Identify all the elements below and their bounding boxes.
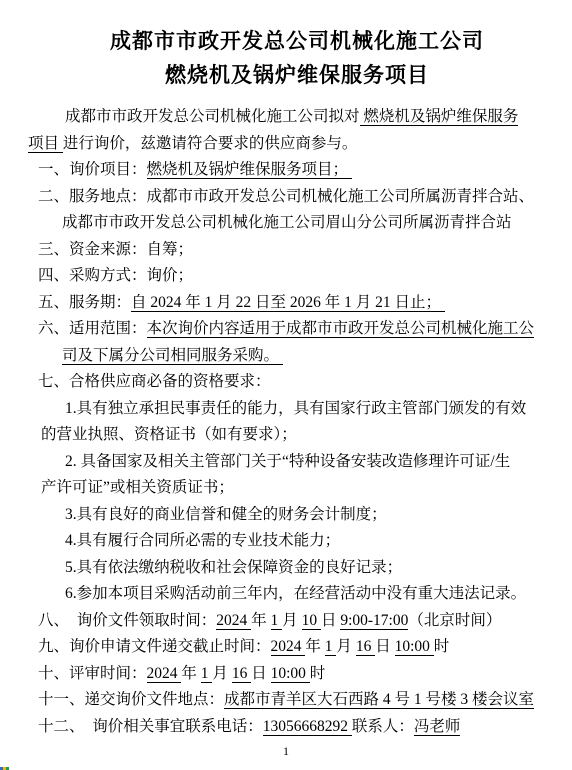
underlined-text-segment: 2024: [147, 665, 182, 683]
document-content: 成都市市政开发总公司机械化施工公司 燃烧机及锅炉维保服务项目 成都市市政开发总公…: [0, 0, 572, 740]
underlined-text-segment: 1: [201, 665, 213, 683]
text-line: 十一、递交询价文件地点：成都市青羊区大石西路 4 号 1 号楼 3 楼会议室: [28, 687, 566, 714]
underlined-text-segment: 1: [325, 638, 337, 656]
underlined-text-segment: 冯老师: [414, 718, 461, 736]
text-segment: 时: [434, 638, 450, 655]
text-segment: 年: [251, 612, 270, 629]
text-line: 一、询价项目：燃烧机及锅炉维保服务项目；: [28, 157, 566, 184]
text-segment: 采购方式：询价；: [69, 267, 193, 284]
text-segment: 年: [181, 665, 200, 682]
underlined-text-segment: 2024: [271, 638, 306, 656]
underlined-text-segment: 成都市青羊区大石西路 4 号 1 号楼 3 楼会议室: [224, 691, 534, 709]
text-line: 3.具有良好的商业信誉和健全的财务会计制度；: [28, 502, 566, 529]
text-segment: 联系人：: [352, 718, 414, 735]
text-segment: 询价申请文件递交截止时间：: [69, 638, 271, 655]
text-segment: 成都市市政开发总公司机械化施工公司眉山分公司所属沥青拌合站: [62, 214, 512, 231]
text-line: 十、评审时间：2024 年 1 月 16 日 10:00 时: [28, 661, 566, 688]
text-line: 成都市市政开发总公司机械化施工公司眉山分公司所属沥青拌合站: [28, 210, 566, 237]
underlined-text-segment: 13056668292: [263, 718, 352, 736]
text-segment: 递交询价文件地点：: [85, 691, 225, 708]
item-number: 八、: [38, 612, 61, 629]
underlined-text-segment: 项目: [28, 135, 63, 153]
text-line: 七、合格供应商必备的资格要求：: [28, 369, 566, 396]
text-line: 六、适用范围：本次询价内容适用于成都市市政开发总公司机械化施工公: [28, 316, 566, 343]
underlined-text-segment: 自 2024 年 1 月 22 日至 2026 年 1 月 21 日止；: [131, 294, 445, 312]
text-line: 6.参加本项目采购活动前三年内，在经营活动中没有重大违法记录。: [28, 581, 566, 608]
underlined-text-segment: 燃烧机及锅炉维保服务项目；: [147, 161, 352, 179]
underlined-text-segment: 10: [302, 612, 321, 630]
underlined-text-segment: 16: [356, 638, 375, 656]
text-line: 的营业执照、资格证书（如有要求）；: [28, 422, 566, 449]
item-number: 二、: [38, 188, 69, 205]
text-segment: 评审时间：: [69, 665, 147, 682]
text-line: 四、采购方式：询价；: [28, 263, 566, 290]
text-segment: 3.具有良好的商业信誉和健全的财务会计制度；: [65, 506, 387, 523]
text-segment: （北京时间）: [408, 612, 501, 629]
underlined-text-segment: 2024: [216, 612, 251, 630]
text-segment: 月: [336, 638, 355, 655]
text-segment: 2. 具备国家及相关主管部门关于“特种设备安装改造修理许可证/生: [65, 453, 510, 470]
underlined-text-segment: 司及下属分公司相同服务采购。: [62, 347, 283, 365]
text-line: 4.具有履行合同所必需的专业技术能力；: [28, 528, 566, 555]
underlined-text-segment: 10:00: [395, 638, 434, 656]
text-segment: 6.参加本项目采购活动前三年内，在经营活动中没有重大违法记录。: [65, 585, 526, 602]
text-segment: 成都市市政开发总公司机械化施工公司拟对: [65, 108, 360, 125]
text-line: 5.具有依法缴纳税收和社会保障资金的良好记录；: [28, 555, 566, 582]
text-segment: 日: [251, 665, 270, 682]
item-number: 七、: [38, 373, 69, 390]
text-segment: 服务期：: [69, 294, 131, 311]
document-page: { "page": { "background": "#ffffff", "te…: [0, 0, 572, 770]
underlined-text-segment: 本次询价内容适用于成都市市政开发总公司机械化施工公: [147, 320, 535, 338]
document-title-line1: 成都市市政开发总公司机械化施工公司: [28, 24, 566, 58]
text-line: 八、 询价文件领取时间：2024 年 1 月 10 日 9:00-17:00（北…: [28, 608, 566, 635]
item-number: 三、: [38, 241, 69, 258]
text-segment: 服务地点：成都市市政开发总公司机械化施工公司所属沥青拌合站、: [69, 188, 534, 205]
text-segment: 1.具有独立承担民事责任的能力，具有国家行政主管部门颁发的有效: [65, 400, 526, 417]
text-line: 项目 进行询价，兹邀请符合要求的供应商参与。: [28, 131, 566, 158]
item-number: 四、: [38, 267, 69, 284]
text-segment: 询价文件领取时间：: [61, 612, 216, 629]
text-line: 三、资金来源：自筹；: [28, 237, 566, 264]
page-number: 1: [0, 744, 572, 758]
text-line: 二、服务地点：成都市市政开发总公司机械化施工公司所属沥青拌合站、: [28, 184, 566, 211]
text-segment: 询价相关事宜联系电话：: [77, 718, 263, 735]
document-body: 成都市市政开发总公司机械化施工公司拟对 燃烧机及锅炉维保服务项目 进行询价，兹邀…: [28, 104, 566, 740]
underlined-text-segment: 1: [271, 612, 283, 630]
text-segment: 年: [305, 638, 324, 655]
text-segment: 进行询价，兹邀请符合要求的供应商参与。: [63, 135, 358, 152]
text-segment: 4.具有履行合同所必需的专业技术能力；: [65, 532, 340, 549]
text-line: 成都市市政开发总公司机械化施工公司拟对 燃烧机及锅炉维保服务: [28, 104, 566, 131]
text-segment: 合格供应商必备的资格要求：: [69, 373, 271, 390]
underlined-text-segment: 燃烧机及锅炉维保服务: [360, 108, 519, 126]
text-segment: 月: [282, 612, 301, 629]
text-segment: 时: [310, 665, 326, 682]
text-line: 司及下属分公司相同服务采购。: [28, 343, 566, 370]
text-line: 1.具有独立承担民事责任的能力，具有国家行政主管部门颁发的有效: [28, 396, 566, 423]
underlined-text-segment: 9:00-17:00: [340, 612, 408, 630]
item-number: 六、: [38, 320, 69, 337]
text-line: 十二、 询价相关事宜联系电话：13056668292 联系人：冯老师: [28, 714, 566, 741]
document-title: 成都市市政开发总公司机械化施工公司 燃烧机及锅炉维保服务项目: [28, 24, 566, 92]
text-segment: 适用范围：: [69, 320, 147, 337]
item-number: 九、: [38, 638, 69, 655]
text-segment: 日: [375, 638, 394, 655]
text-segment: 询价项目：: [69, 161, 147, 178]
text-line: 产许可证”或相关资质证书；: [28, 475, 566, 502]
text-segment: 日: [321, 612, 340, 629]
underlined-text-segment: 10:00: [271, 665, 310, 683]
document-title-line2: 燃烧机及锅炉维保服务项目: [28, 58, 566, 92]
text-line: 五、服务期：自 2024 年 1 月 22 日至 2026 年 1 月 21 日…: [28, 290, 566, 317]
item-number: 十二、: [38, 718, 77, 735]
text-segment: 产许可证”或相关资质证书；: [41, 479, 234, 496]
text-line: 九、询价申请文件递交截止时间：2024 年 1 月 16 日 10:00 时: [28, 634, 566, 661]
item-number: 十、: [38, 665, 69, 682]
item-number: 五、: [38, 294, 69, 311]
text-segment: 的营业执照、资格证书（如有要求）；: [41, 426, 297, 443]
text-line: 2. 具备国家及相关主管部门关于“特种设备安装改造修理许可证/生: [28, 449, 566, 476]
item-number: 十一、: [38, 691, 85, 708]
text-segment: 月: [212, 665, 231, 682]
text-segment: 5.具有依法缴纳税收和社会保障资金的良好记录；: [65, 559, 402, 576]
text-segment: 资金来源：自筹；: [69, 241, 193, 258]
underlined-text-segment: 16: [232, 665, 251, 683]
item-number: 一、: [38, 161, 69, 178]
